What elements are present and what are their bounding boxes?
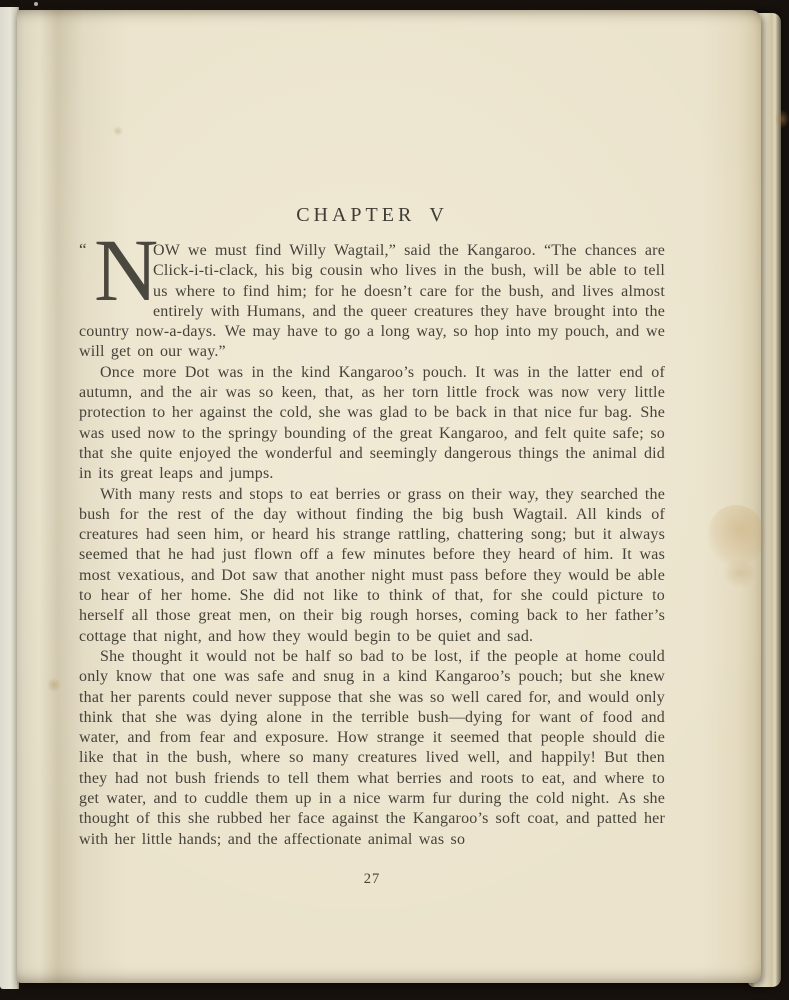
book-page: CHAPTER V “NOW we must find Willy Wagtai… — [17, 10, 761, 983]
foxing-stain — [47, 678, 61, 692]
paragraph-2: Once more Dot was in the kind Kangaroo’s… — [79, 363, 665, 485]
book-scan-photo: CHAPTER V “NOW we must find Willy Wagtai… — [0, 0, 789, 1000]
dropcap-group: “N — [79, 241, 153, 302]
opening-quote-mark: “ — [79, 240, 87, 260]
foxing-stain — [723, 558, 757, 588]
body-text: “NOW we must find Willy Wagtail,” said t… — [79, 241, 665, 850]
foxing-stain — [707, 505, 765, 567]
scan-artifact-dot — [34, 2, 38, 6]
page-number: 27 — [79, 871, 665, 888]
paragraph-1-text: OW we must find Willy Wagtail,” said the… — [79, 242, 665, 360]
paragraph-3: With many rests and stops to eat berries… — [79, 485, 665, 647]
paragraph-4: She thought it would not be half so bad … — [79, 647, 665, 850]
foxing-stain — [113, 126, 123, 136]
paragraph-1: “NOW we must find Willy Wagtail,” said t… — [79, 241, 665, 363]
drop-cap-letter: N — [94, 242, 153, 301]
chapter-heading: CHAPTER V — [79, 203, 665, 227]
text-column: CHAPTER V “NOW we must find Willy Wagtai… — [79, 203, 665, 850]
